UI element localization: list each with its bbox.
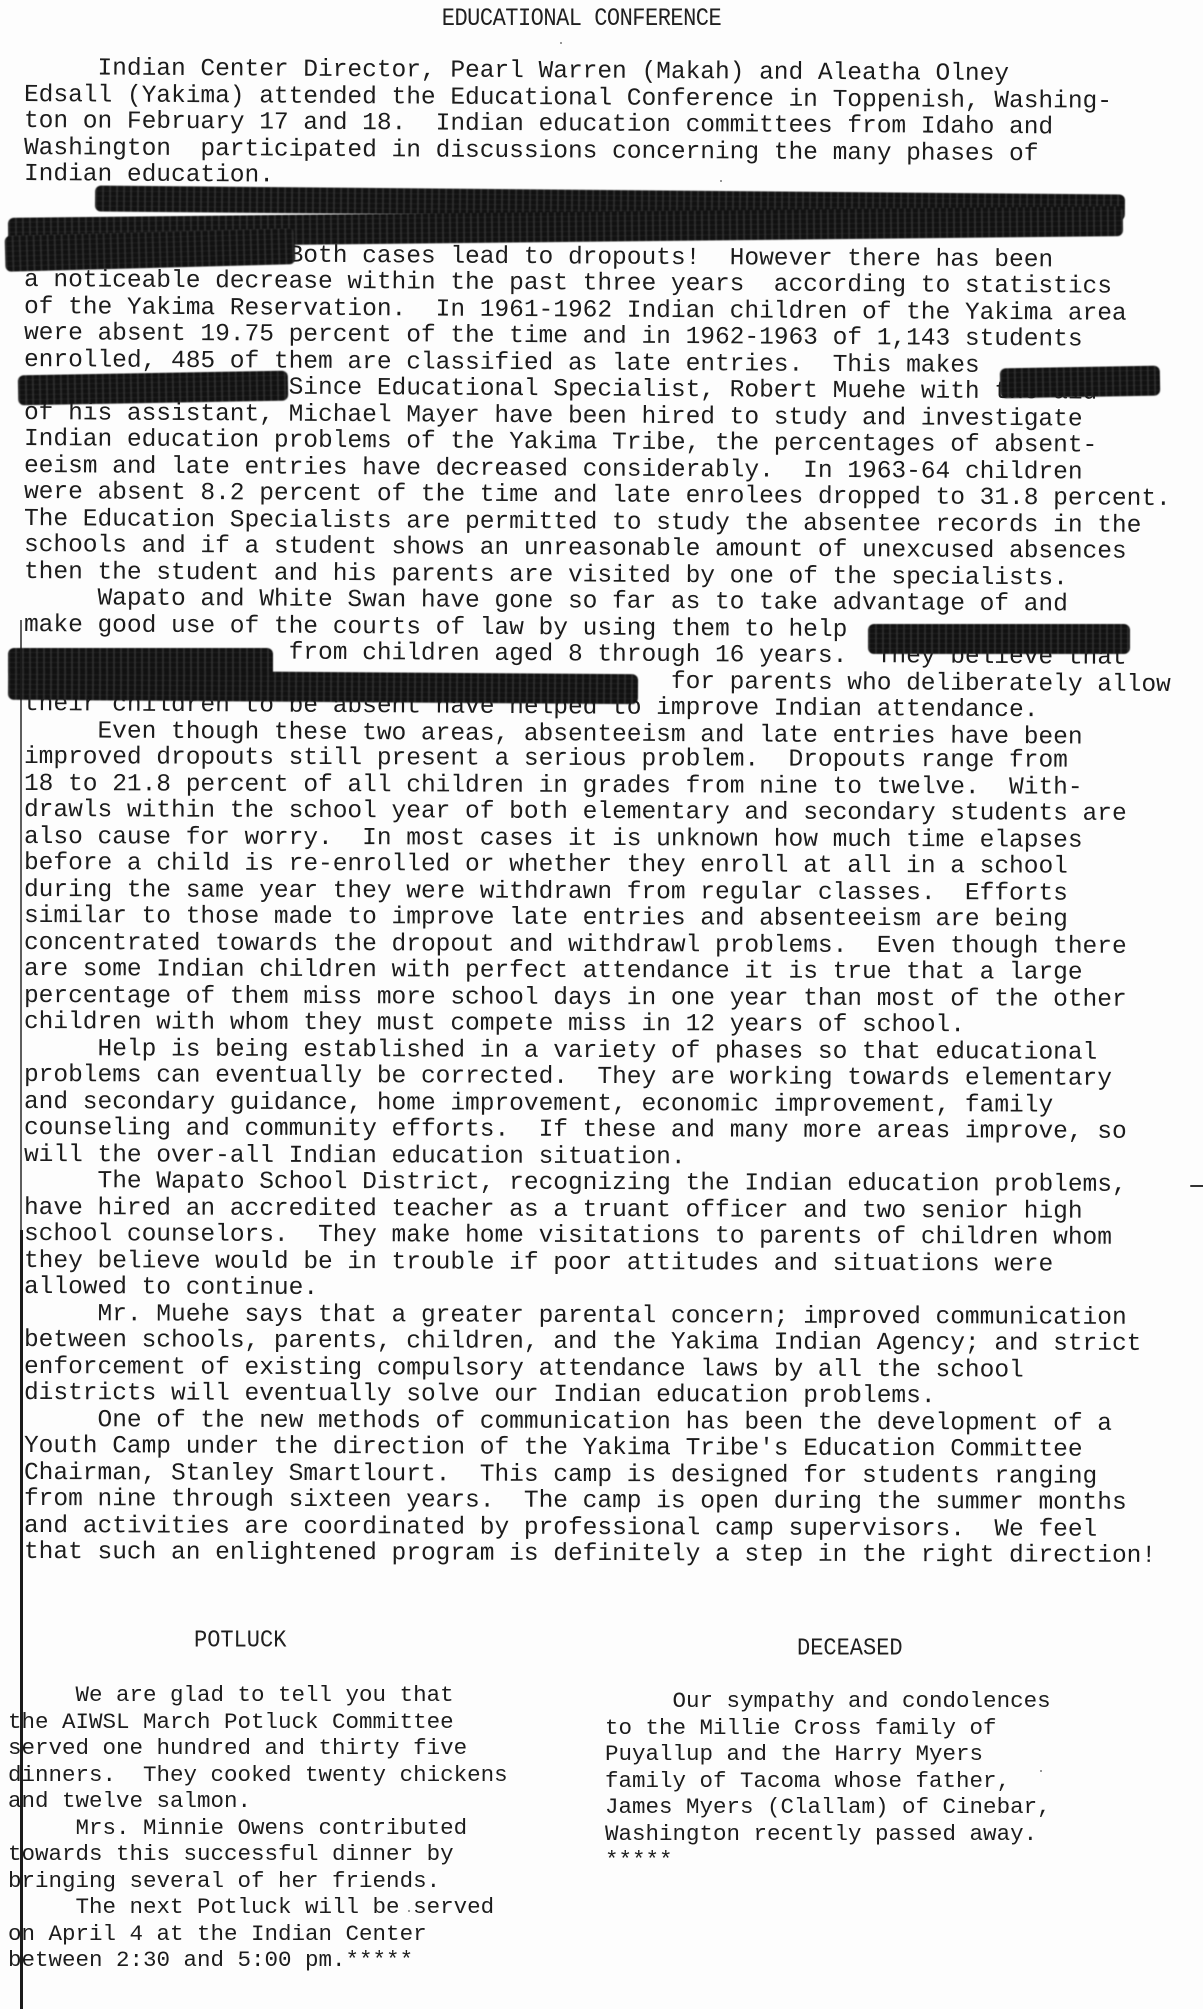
scan-speck (1040, 1770, 1042, 1772)
redaction-mark (8, 670, 638, 704)
deceased-line: Our sympathy and condolences (605, 1688, 1051, 1714)
redaction-mark (868, 624, 1130, 654)
article-line: districts will eventually solve our Indi… (24, 1381, 936, 1410)
article-line: improved dropouts still present a seriou… (24, 745, 1068, 775)
article-line: are some Indian children with perfect at… (24, 957, 1083, 987)
article-line: before a child is re-enrolled or whether… (24, 851, 1068, 881)
article-line: The Wapato School District, recognizing … (24, 1169, 1127, 1199)
article-line: will the over-all Indian education situa… (24, 1143, 686, 1171)
scan-speck (720, 180, 722, 182)
article-line: counseling and community efforts. If the… (24, 1116, 1127, 1146)
redaction-mark (1000, 366, 1160, 399)
deceased-line: ***** (605, 1847, 673, 1873)
scan-speck (560, 42, 562, 44)
potluck-line: the AIWSL March Potluck Committee (8, 1709, 454, 1735)
scan-speck (408, 1910, 410, 1912)
article-line: from nine through sixteen years. The cam… (24, 1487, 1127, 1517)
potluck-line: and twelve salmon. (8, 1788, 251, 1814)
potluck-line: Mrs. Minnie Owens contributed (8, 1815, 467, 1841)
potluck-line: dinners. They cooked twenty chickens (8, 1762, 508, 1788)
article-line: problems can eventually be corrected. Th… (24, 1063, 1112, 1093)
deceased-line: to the Millie Cross family of (605, 1715, 997, 1741)
article-line: Youth Camp under the direction of the Ya… (24, 1434, 1083, 1464)
potluck-line: The next Potluck will be served (8, 1894, 494, 1920)
redaction-mark (18, 371, 288, 406)
scanned-page: EDUCATIONAL CONFERENCE Indian Center Dir… (0, 0, 1203, 2009)
article-line: allowed to continue. (24, 1275, 318, 1302)
potluck-line: on April 4 at the Indian Center (8, 1921, 427, 1947)
deceased-line: family of Tacoma whose father, (605, 1768, 1010, 1794)
potluck-heading: POTLUCK (194, 1627, 286, 1655)
deceased-line: Washington recently passed away. (605, 1821, 1037, 1847)
potluck-line: bringing several of her friends. (8, 1868, 440, 1894)
potluck-line: between 2:30 and 5:00 pm.***** (8, 1947, 413, 1973)
article-line: similar to those made to improve late en… (24, 904, 1068, 934)
deceased-heading: DECEASED (797, 1635, 903, 1663)
article-title: EDUCATIONAL CONFERENCE (0, 4, 1183, 33)
article-line: children with whom they must compete mis… (24, 1010, 965, 1039)
redaction-mark (5, 228, 296, 272)
deceased-line: James Myers (Clallam) of Cinebar, (605, 1794, 1051, 1820)
potluck-line: We are glad to tell you that (8, 1682, 454, 1708)
potluck-line: served one hundred and thirty five (8, 1735, 467, 1761)
article-line: between schools, parents, children, and … (24, 1328, 1141, 1358)
deceased-line: Puyallup and the Harry Myers (605, 1741, 983, 1767)
potluck-line: towards this successful dinner by (8, 1841, 454, 1867)
article-line: drawls within the school year of both el… (24, 798, 1127, 828)
article-line: school counselors. They make home visita… (24, 1222, 1112, 1252)
article-line: that such an enlightened program is defi… (24, 1540, 1156, 1570)
scan-speck (1190, 1185, 1203, 1187)
